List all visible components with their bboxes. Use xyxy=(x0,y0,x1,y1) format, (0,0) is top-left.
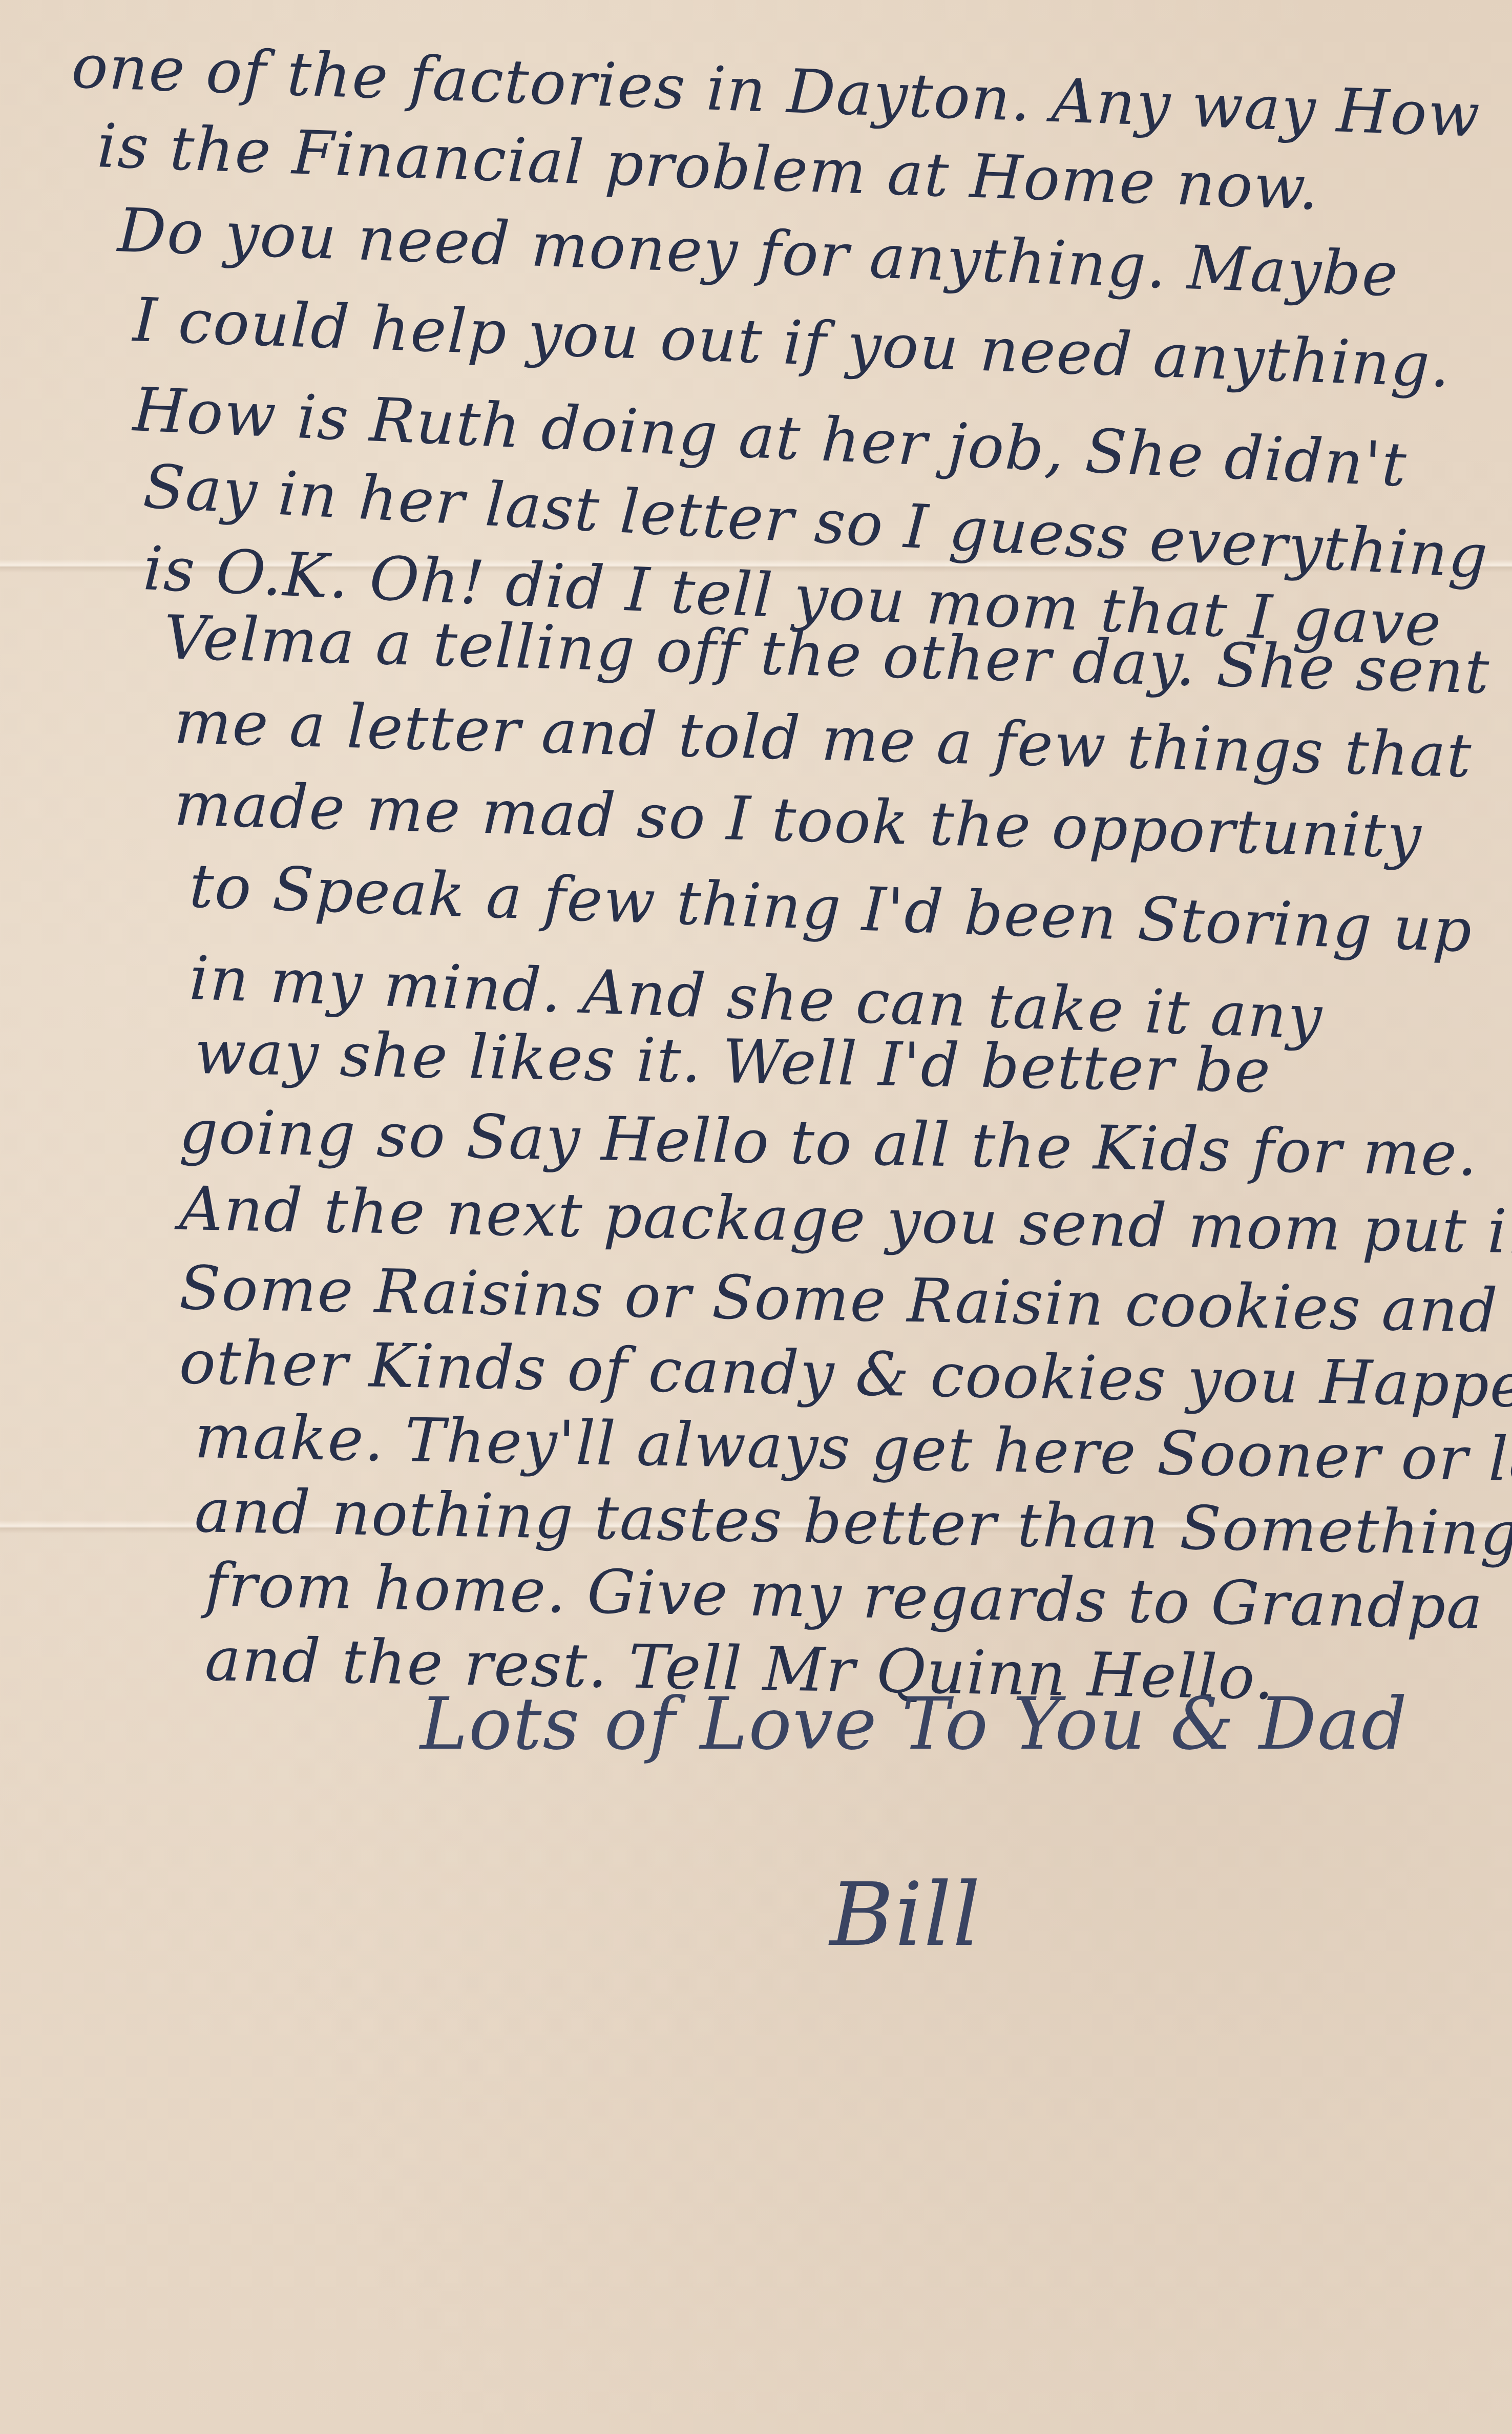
letter-closing: Lots of Love To You & Dad xyxy=(420,1683,1408,1766)
letter-line: going so Say Hello to all the Kids for m… xyxy=(179,1096,1479,1189)
letter-line: And the next package you send mom put in xyxy=(179,1173,1512,1268)
letter-signature: Bill xyxy=(830,1864,981,1966)
letter-page: one of the factories in Dayton. Any way … xyxy=(0,0,1512,2434)
